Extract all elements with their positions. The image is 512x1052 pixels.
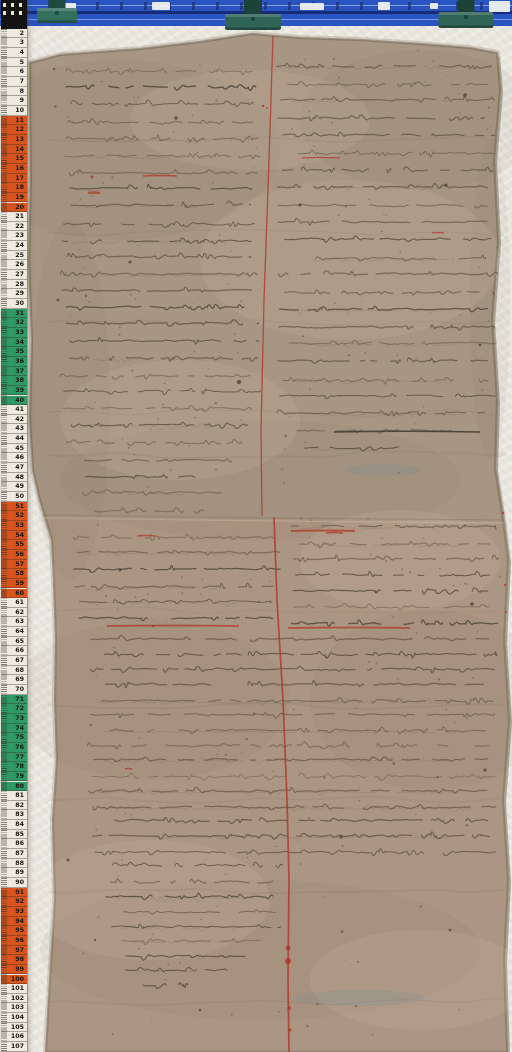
ruler-cell-104: 104 (1, 1013, 27, 1023)
red-ink-blob (285, 958, 291, 964)
ruler-cell-102: 102 (1, 994, 27, 1004)
ruler-cell-90: 90 (1, 878, 27, 888)
ruler-cell-56: 56 (1, 550, 27, 560)
ruler-cell-46: 46 (1, 453, 27, 463)
ruler-checker-row (3, 11, 25, 15)
ruler-cell-71: 71 (1, 695, 27, 705)
ruler-cell-55: 55 (1, 540, 27, 550)
ruler-cell-24: 24 (1, 241, 27, 251)
ruler-cell-83: 83 (1, 810, 27, 820)
ruler-cell-51: 51 (1, 502, 27, 512)
paper-spot (445, 184, 448, 187)
clip-screw (55, 11, 59, 15)
ruler-cell-23: 23 (1, 231, 27, 241)
red-strikethrough (88, 193, 100, 194)
ruler-cell-77: 77 (1, 753, 27, 763)
ruler-cell-82: 82 (1, 801, 27, 811)
ruler-cell-93: 93 (1, 907, 27, 917)
ruler-cell-20: 20 (1, 203, 27, 213)
ruler-cell-22: 22 (1, 222, 27, 232)
ruler-cell-58: 58 (1, 569, 27, 579)
ruler-cell-27: 27 (1, 270, 27, 280)
ruler-cell-76: 76 (1, 743, 27, 753)
paper-spot (67, 859, 70, 862)
ruler-cell-43: 43 (1, 424, 27, 434)
ruler-cell-70: 70 (1, 685, 27, 695)
ruler-cell-5: 5 (1, 58, 27, 68)
ruler-cell-36: 36 (1, 357, 27, 367)
ruler-cell-15: 15 (1, 154, 27, 164)
paper-spot (199, 1009, 201, 1011)
ruler-cell-35: 35 (1, 347, 27, 357)
ruler-cell-44: 44 (1, 434, 27, 444)
ruler-cell-37: 37 (1, 367, 27, 377)
ruler-cell-21: 21 (1, 212, 27, 222)
ruler-checker-row (3, 3, 25, 7)
red-ink-blob (287, 1006, 291, 1010)
ruler-cell-6: 6 (1, 67, 27, 77)
red-ink-dot (505, 611, 507, 613)
ruler-cell-98: 98 (1, 955, 27, 965)
red-strikethrough (107, 626, 239, 627)
ruler-cell-64: 64 (1, 627, 27, 637)
red-strikethrough (291, 531, 355, 532)
ruler-cell-86: 86 (1, 839, 27, 849)
paper-spot (299, 204, 302, 207)
paper-spot (119, 569, 122, 572)
ruler-cell-53: 53 (1, 521, 27, 531)
ruler-cell-62: 62 (1, 608, 27, 618)
red-ink-dot (91, 176, 94, 179)
ruler-cell-13: 13 (1, 135, 27, 145)
ruler-cell-66: 66 (1, 646, 27, 656)
ruler-cell-17: 17 (1, 174, 27, 184)
ruler-cell-50: 50 (1, 492, 27, 502)
dark-strikethrough (334, 431, 480, 432)
ruler-cell-30: 30 (1, 299, 27, 309)
red-strikethrough (326, 533, 343, 534)
ruler-cell-10: 10 (1, 106, 27, 116)
ruler-cell-99: 99 (1, 965, 27, 975)
ruler-cell-49: 49 (1, 482, 27, 492)
ruler-cell-38: 38 (1, 376, 27, 386)
clip-left (37, 0, 77, 23)
ruler-cell-73: 73 (1, 714, 27, 724)
ruler-cell-12: 12 (1, 125, 27, 135)
ruler-cell-75: 75 (1, 733, 27, 743)
ruler-cell-92: 92 (1, 897, 27, 907)
ruler-cell-33: 33 (1, 328, 27, 338)
paper-spot (470, 602, 474, 606)
ink-smudge (345, 464, 420, 476)
red-strikethrough (432, 233, 444, 234)
ruler-cell-47: 47 (1, 463, 27, 473)
red-strikethrough (143, 176, 177, 177)
ruler-cell-52: 52 (1, 511, 27, 521)
ruler-cell-96: 96 (1, 936, 27, 946)
ruler-cell-85: 85 (1, 830, 27, 840)
ruler-cell-16: 16 (1, 164, 27, 174)
ruler-cell-25: 25 (1, 251, 27, 261)
ruler-cell-4: 4 (1, 48, 27, 58)
ruler-cell-67: 67 (1, 656, 27, 666)
ruler-cell-3: 3 (1, 38, 27, 48)
ruler-cell-106: 106 (1, 1032, 27, 1042)
paper-spot (339, 835, 342, 838)
ruler-cell-97: 97 (1, 946, 27, 956)
ruler-cell-19: 19 (1, 193, 27, 203)
ruler-cell-11: 11 (1, 116, 27, 126)
paper-spot (449, 929, 452, 932)
red-ink-blob (286, 946, 291, 951)
ruler-cell-81: 81 (1, 791, 27, 801)
clip-screw (251, 17, 255, 21)
red-ink-dot (504, 584, 506, 586)
red-strikethrough (137, 536, 155, 537)
ruler-cell-100: 100 (1, 975, 27, 985)
ruler-cell-69: 69 (1, 675, 27, 685)
ruler-cell-89: 89 (1, 868, 27, 878)
ruler-cell-32: 32 (1, 318, 27, 328)
ruler-cell-95: 95 (1, 926, 27, 936)
ruler-cell-72: 72 (1, 704, 27, 714)
paper-spot (129, 261, 132, 264)
red-strikethrough (288, 628, 410, 629)
ruler-cell-61: 61 (1, 598, 27, 608)
ruler-cell-18: 18 (1, 183, 27, 193)
manuscript-photo-scene: 2345678910111213141516171819202122232425… (0, 0, 512, 1052)
ruler-cell-26: 26 (1, 260, 27, 270)
paper-spot (174, 116, 178, 120)
ruler-cell-68: 68 (1, 666, 27, 676)
ink-smudge (295, 990, 425, 1006)
ruler-cell-2: 2 (1, 29, 27, 39)
ruler-cell-57: 57 (1, 560, 27, 570)
clip-right (439, 0, 494, 28)
ruler-cell-31: 31 (1, 309, 27, 319)
red-strikethrough (302, 158, 340, 159)
ruler-cell-84: 84 (1, 820, 27, 830)
paper-spot (463, 93, 467, 97)
ruler-cell-59: 59 (1, 579, 27, 589)
ruler-cell-105: 105 (1, 1023, 27, 1033)
paper-spot (57, 299, 60, 302)
ruler-cell-88: 88 (1, 859, 27, 869)
ruler-cell-78: 78 (1, 762, 27, 772)
ruler-cell-41: 41 (1, 405, 27, 415)
ruler-cell-14: 14 (1, 145, 27, 155)
ruler-cell-63: 63 (1, 617, 27, 627)
ruler-cell-65: 65 (1, 637, 27, 647)
ruler-cell-39: 39 (1, 386, 27, 396)
paper-spot (479, 344, 482, 347)
ruler-checker-cap (1, 0, 27, 19)
clip-screw (464, 15, 468, 19)
ruler-cell-80: 80 (1, 782, 27, 792)
ruler-cell-87: 87 (1, 849, 27, 859)
paper-spot (94, 939, 96, 941)
ruler-cell-34: 34 (1, 338, 27, 348)
manuscript-artwork (0, 0, 512, 1052)
ruler-cell-54: 54 (1, 531, 27, 541)
red-ink-dot (266, 107, 268, 109)
paper-spot (483, 768, 486, 771)
ruler-cell-40: 40 (1, 396, 27, 406)
ruler-cell-28: 28 (1, 280, 27, 290)
ruler-cell-8: 8 (1, 87, 27, 97)
ruler-cell-60: 60 (1, 589, 27, 599)
vertical-ruler: 2345678910111213141516171819202122232425… (1, 0, 28, 1052)
ruler-cell-42: 42 (1, 415, 27, 425)
ruler-cell-7: 7 (1, 77, 27, 87)
paper-spot (237, 380, 241, 384)
ruler-cell-48: 48 (1, 473, 27, 483)
ruler-cell-103: 103 (1, 1003, 27, 1013)
ruler-cell-45: 45 (1, 444, 27, 454)
ruler-cell-91: 91 (1, 888, 27, 898)
ruler-cell-101: 101 (1, 984, 27, 994)
ruler-cell-9: 9 (1, 96, 27, 106)
ruler-cell-94: 94 (1, 917, 27, 927)
red-ink-blob (289, 1029, 292, 1032)
red-ink-dot (502, 512, 505, 515)
clip-middle (225, 0, 281, 30)
ruler-black-cap (1, 19, 27, 29)
ruler-cell-79: 79 (1, 772, 27, 782)
ruler-cell-107: 107 (1, 1042, 27, 1052)
ruler-cell-74: 74 (1, 724, 27, 734)
ruler-cell-29: 29 (1, 289, 27, 299)
red-strikethrough (125, 769, 132, 770)
red-ink-dot (262, 105, 265, 108)
